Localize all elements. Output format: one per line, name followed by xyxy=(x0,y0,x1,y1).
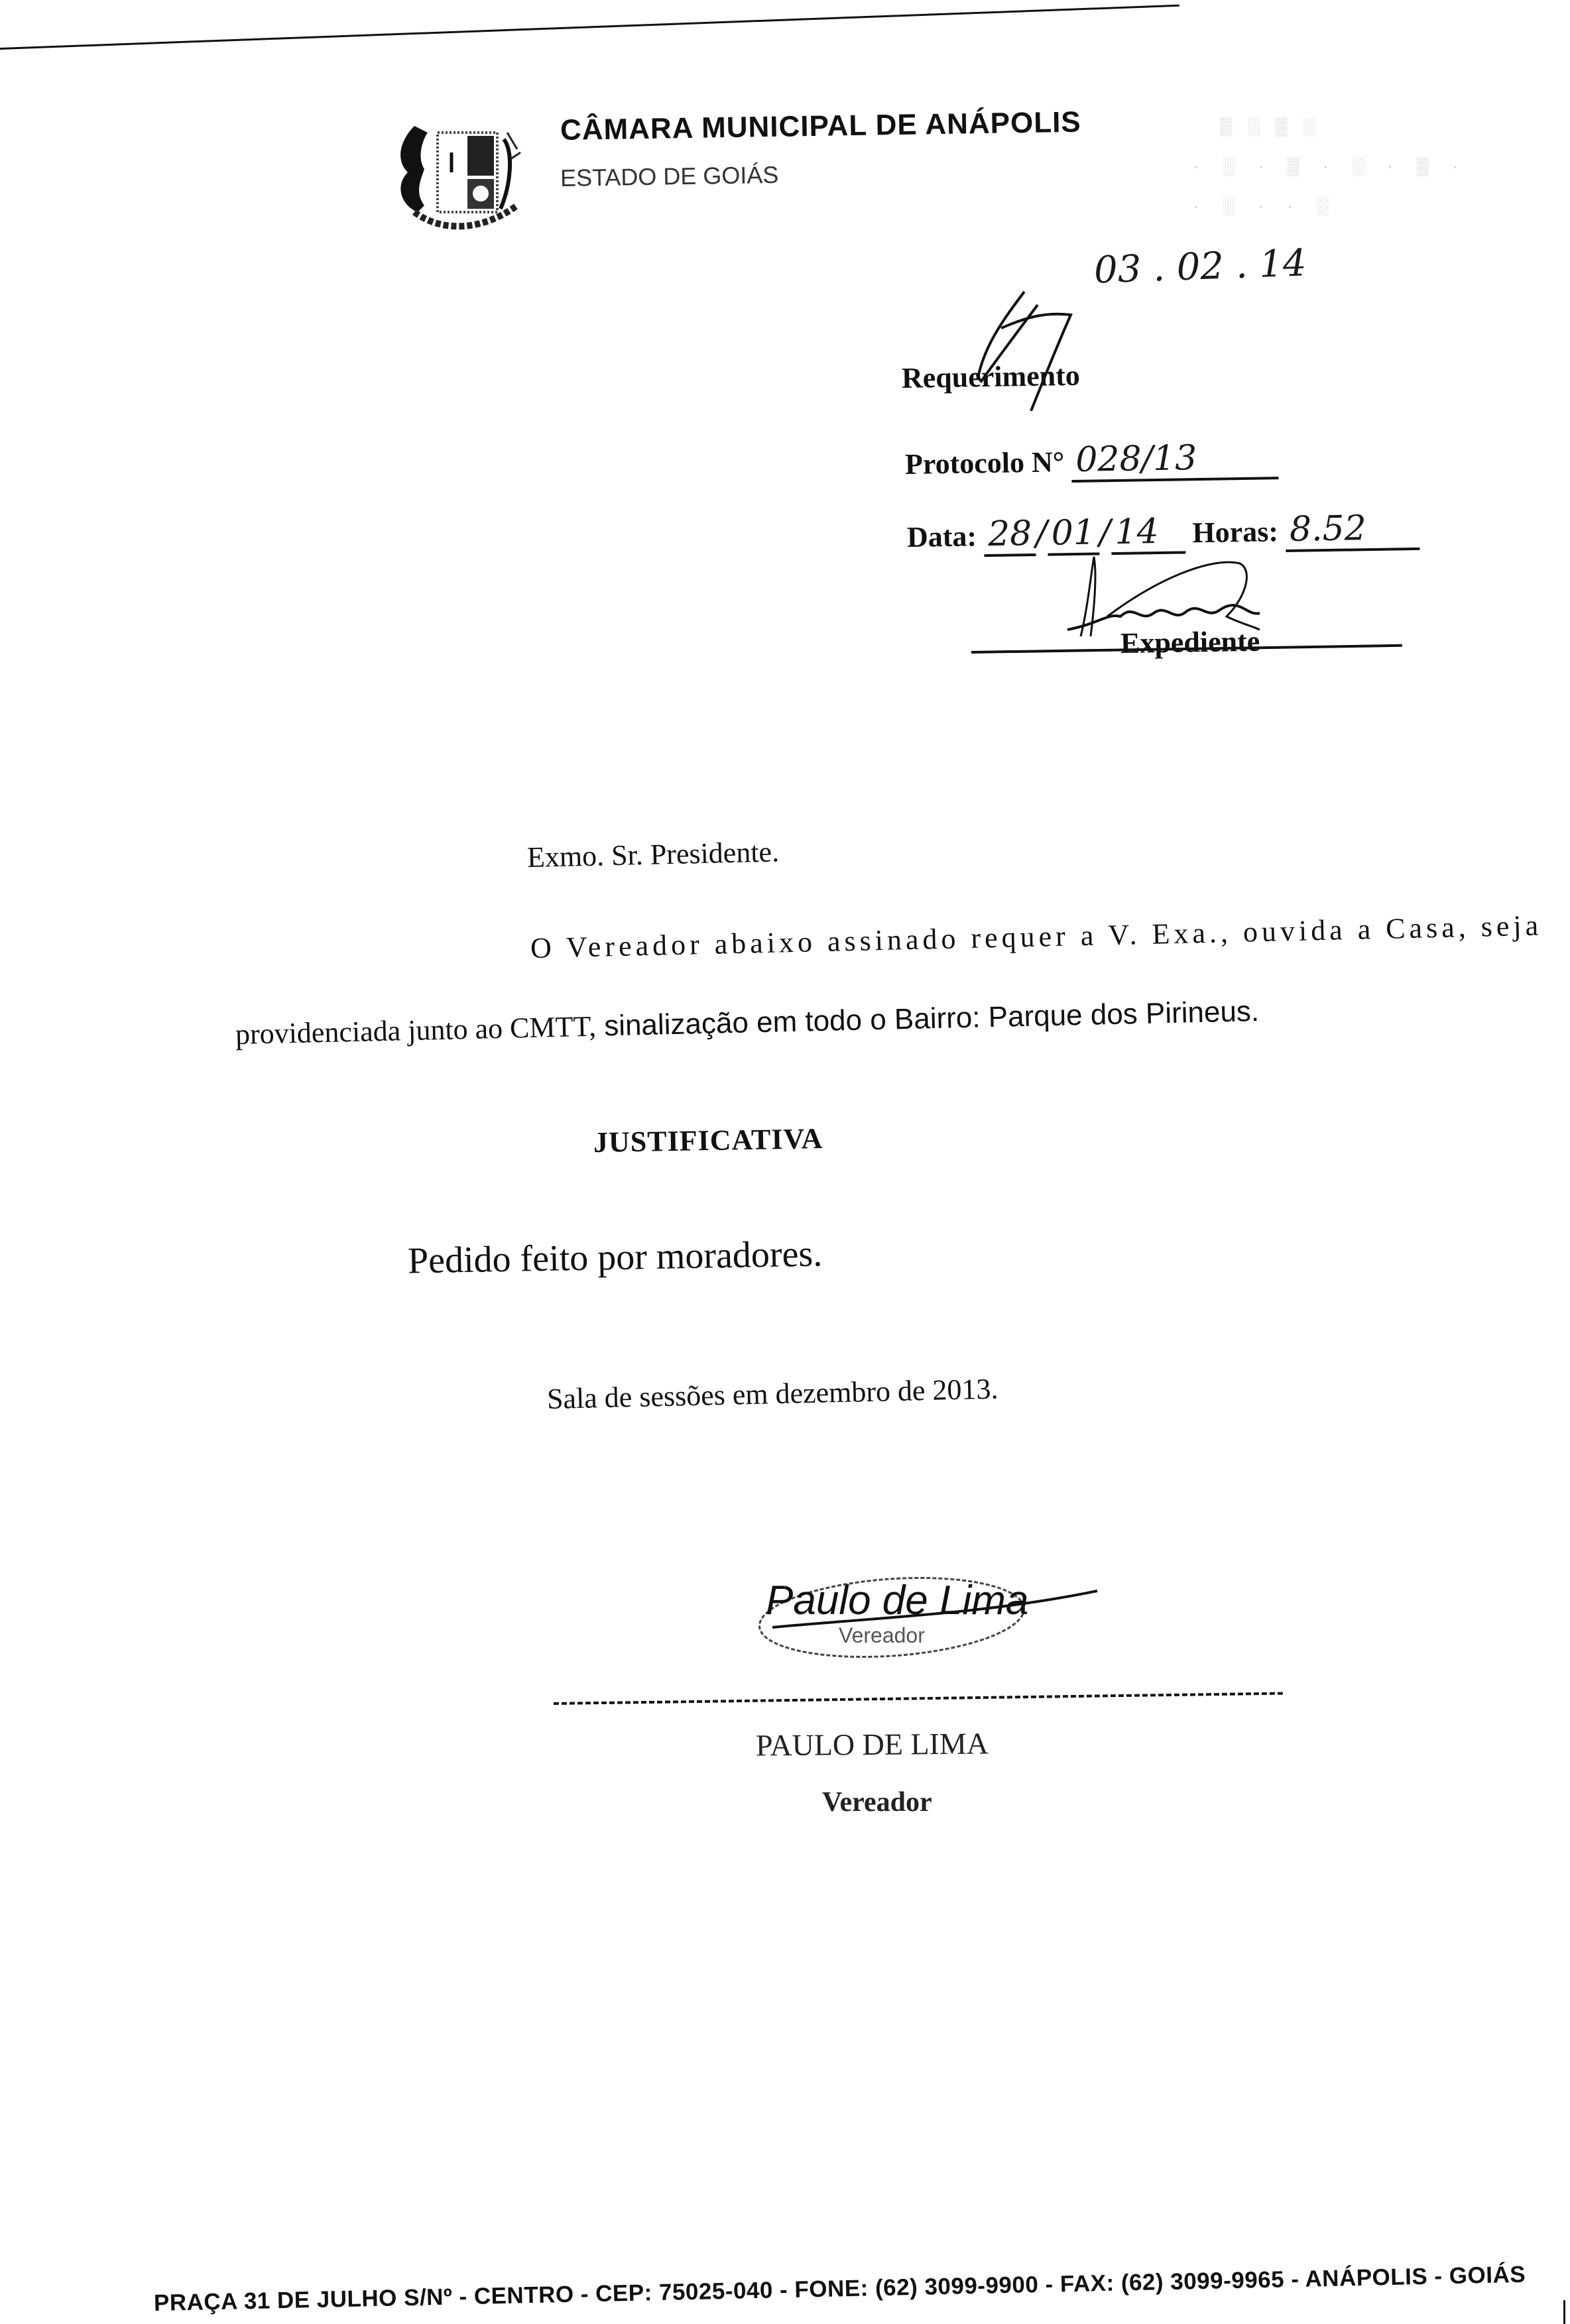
footer-address: PRAÇA 31 DE JULHO S/Nº - CENTRO - CEP: 7… xyxy=(154,2262,1526,2317)
date-year-value: 14 xyxy=(1111,511,1185,555)
signer-role: Vereador xyxy=(822,1786,932,1818)
justification-text: Pedido feito por moradores. xyxy=(407,1233,822,1283)
receipt-date-handwritten: 03 . 02 . 14 xyxy=(1093,241,1307,292)
date-month-value: 01 xyxy=(1047,512,1099,555)
request-paragraph-sans-part: sinalização em todo o Bairro: Parque dos… xyxy=(595,995,1259,1043)
crest-icon xyxy=(388,113,534,245)
councilman-signature-stamp: Paulo de Lima Vereador xyxy=(746,1564,1117,1664)
date-label: Data: xyxy=(907,520,977,553)
time-value: 8.52 xyxy=(1285,508,1419,552)
closing-place-date: Sala de sessões em dezembro de 2013. xyxy=(546,1372,998,1416)
signer-name: PAULO DE LIMA xyxy=(756,1725,989,1763)
salutation: Exmo. Sr. Presidente. xyxy=(526,835,779,874)
time-label: Horas: xyxy=(1192,515,1278,549)
signature-dashed-line xyxy=(554,1692,1283,1705)
initial-mark-icon xyxy=(965,278,1084,414)
request-paragraph-line1: O Vereador abaixo assinado requer a V. E… xyxy=(530,908,1542,965)
justification-heading: JUSTIFICATIVA xyxy=(593,1122,823,1159)
stamp-name-text: Paulo de Lima xyxy=(766,1578,1028,1623)
protocol-number-row: Protocolo N° 028/13 xyxy=(904,437,1278,485)
date-day-value: 28 xyxy=(984,514,1036,557)
request-paragraph-line2: providenciada junto ao CMTT, sinalização… xyxy=(235,994,1259,1051)
request-paragraph-serif-part: providenciada junto ao CMTT, xyxy=(235,1010,596,1051)
organization-name: CÂMARA MUNICIPAL DE ANÁPOLIS xyxy=(560,106,1081,147)
protocol-number-label: Protocolo N° xyxy=(905,445,1065,481)
stamp-role-text: Vereador xyxy=(839,1623,925,1647)
request-type-label: Requerimento xyxy=(902,359,1081,395)
scan-edge-mark xyxy=(1563,2300,1565,2324)
expediente-label: Expediente xyxy=(1120,624,1260,660)
protocol-number-value: 028/13 xyxy=(1071,437,1279,483)
organization-state: ESTADO DE GOIÁS xyxy=(560,161,779,192)
scan-edge-line xyxy=(0,5,1179,50)
faint-receipt-stamp: ▒ ░ ▒ ░ · ░ · ▒ · ░ · ▒ · · ░ · · ░ xyxy=(1193,106,1525,259)
